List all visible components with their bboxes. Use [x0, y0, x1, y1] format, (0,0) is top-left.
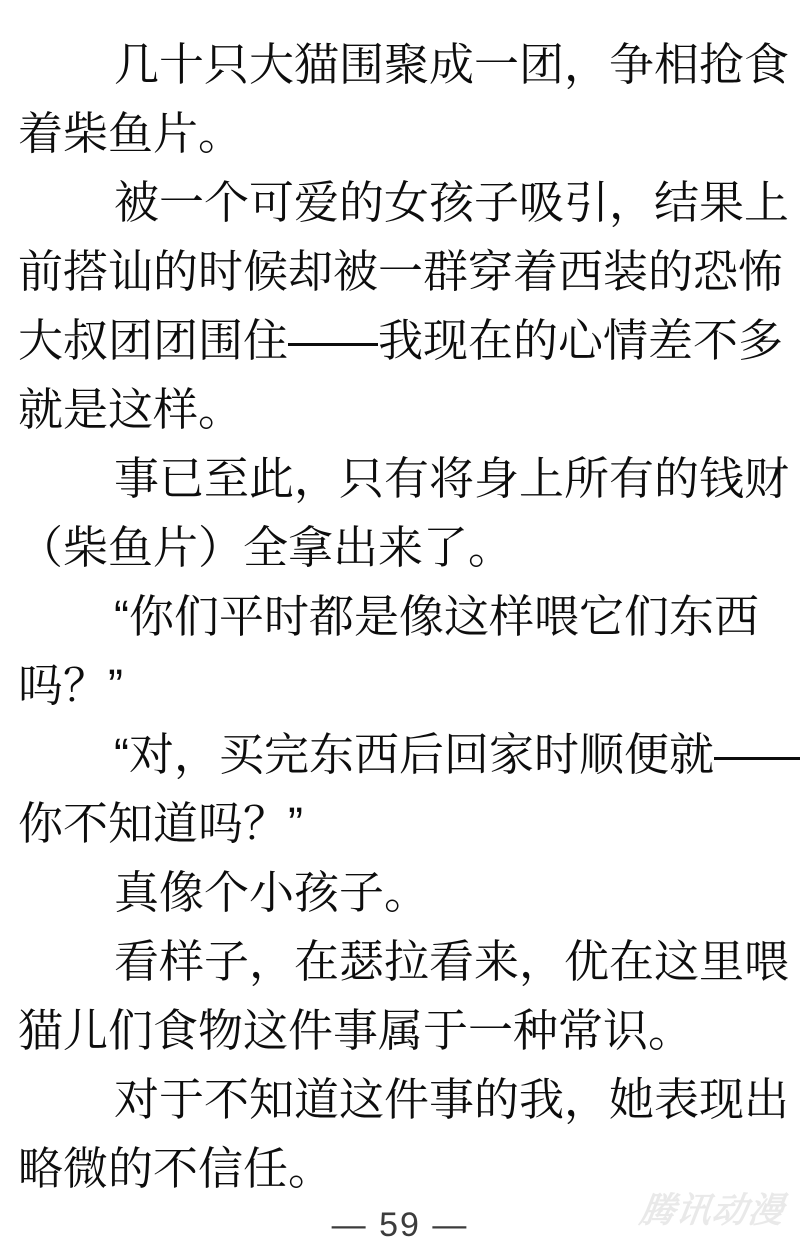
text-line: 吗？” [18, 651, 782, 720]
text-line: 前搭讪的时候却被一群穿着西装的恐怖 [18, 237, 782, 306]
text-line: （柴鱼片）全拿出来了。 [18, 513, 782, 582]
text-line: 事已至此，只有将身上所有的钱财 [18, 444, 782, 513]
text-line: 真像个小孩子。 [18, 858, 782, 927]
text-line: “你们平时都是像这样喂它们东西 [18, 582, 782, 651]
text-line: 几十只大猫围聚成一团，争相抢食 [18, 30, 782, 99]
tencent-comics-watermark: 腾讯动漫 [637, 1191, 787, 1231]
text-line: 对于不知道这件事的我，她表现出 [18, 1065, 782, 1134]
text-line: 看样子，在瑟拉看来，优在这里喂 [18, 927, 782, 996]
novel-text-page: 几十只大猫围聚成一团，争相抢食 着柴鱼片。 被一个可爱的女孩子吸引，结果上 前搭… [0, 0, 800, 1245]
text-line: 着柴鱼片。 [18, 99, 782, 168]
text-line: 大叔团团围住——我现在的心情差不多 [18, 306, 782, 375]
text-line: 猫儿们食物这件事属于一种常识。 [18, 996, 782, 1065]
text-line: 就是这样。 [18, 375, 782, 444]
text-line: 被一个可爱的女孩子吸引，结果上 [18, 168, 782, 237]
text-line: “对，买完东西后回家时顺便就—— [18, 720, 782, 789]
text-line: 你不知道吗？” [18, 789, 782, 858]
body-text: 几十只大猫围聚成一团，争相抢食 着柴鱼片。 被一个可爱的女孩子吸引，结果上 前搭… [0, 0, 800, 1203]
